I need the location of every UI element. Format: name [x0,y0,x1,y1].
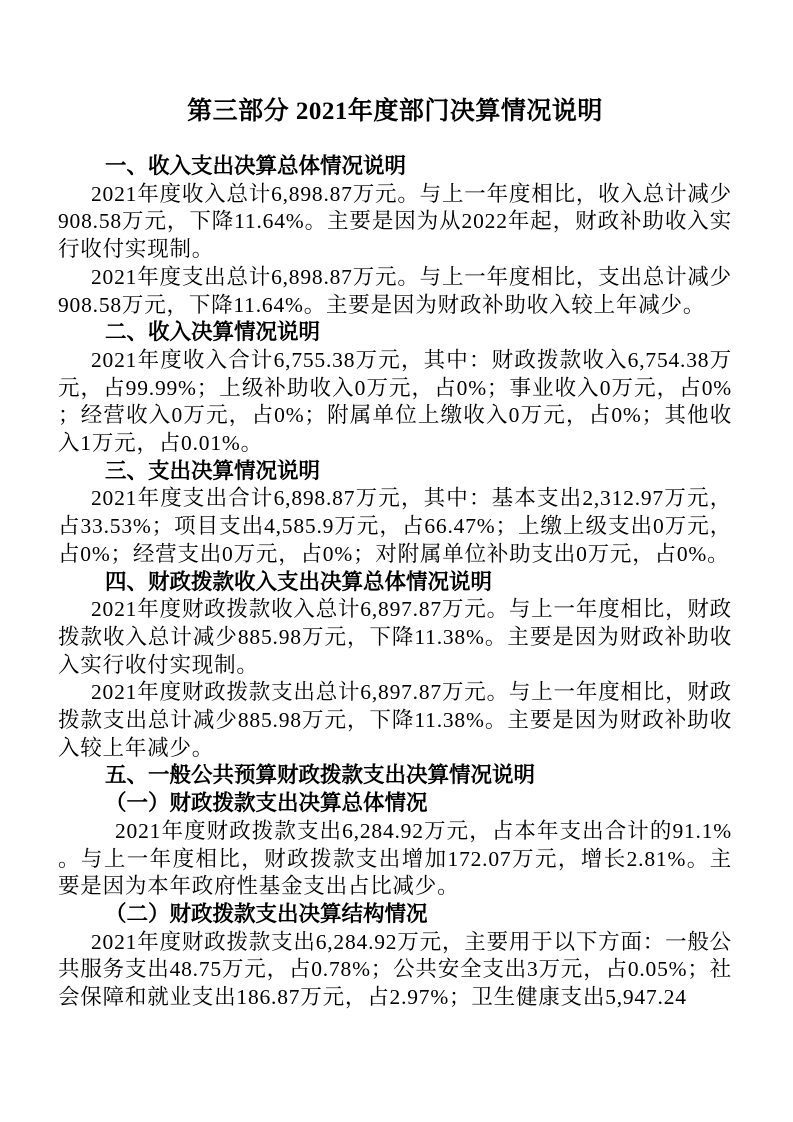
section-4-paragraph-1: 2021年度财政拨款收入总计6,897.87万元。与上一年度相比，财政拨款收入总… [58,596,732,679]
section-1-paragraph-1: 2021年度收入总计6,898.87万元。与上一年度相比，收入总计减少908.5… [58,181,732,264]
subsection-2-paragraph-1: 2021年度财政拨款支出6,284.92万元，主要用于以下方面：一般公共服务支出… [58,929,732,1012]
section-3-heading: 三、支出决算情况说明 [58,458,732,486]
section-1-heading: 一、收入支出决算总体情况说明 [58,153,732,181]
section-2-heading: 二、收入决算情况说明 [58,319,732,347]
section-1-paragraph-2: 2021年度支出总计6,898.87万元。与上一年度相比，支出总计减少908.5… [58,264,732,319]
section-3-paragraph-1: 2021年度支出合计6,898.87万元，其中：基本支出2,312.97万元，占… [58,485,732,568]
section-5-heading: 五、一般公共预算财政拨款支出决算情况说明 [58,762,732,790]
section-4-heading: 四、财政拨款收入支出决算总体情况说明 [58,569,732,597]
subsection-2-heading: （二）财政拨款支出决算结构情况 [58,901,732,929]
subsection-1-heading: （一）财政拨款支出决算总体情况 [58,790,732,818]
section-2-paragraph-1: 2021年度收入合计6,755.38万元，其中：财政拨款收入6,754.38万元… [58,347,732,458]
subsection-1-paragraph-1: 2021年度财政拨款支出6,284.92万元，占本年支出合计的91.1%。与上一… [58,818,732,901]
section-4-paragraph-2: 2021年度财政拨款支出总计6,897.87万元。与上一年度相比，财政拨款支出总… [58,679,732,762]
document-title: 第三部分 2021年度部门决算情况说明 [58,96,732,128]
document-page: 第三部分 2021年度部门决算情况说明 一、收入支出决算总体情况说明 2021年… [0,0,793,1122]
